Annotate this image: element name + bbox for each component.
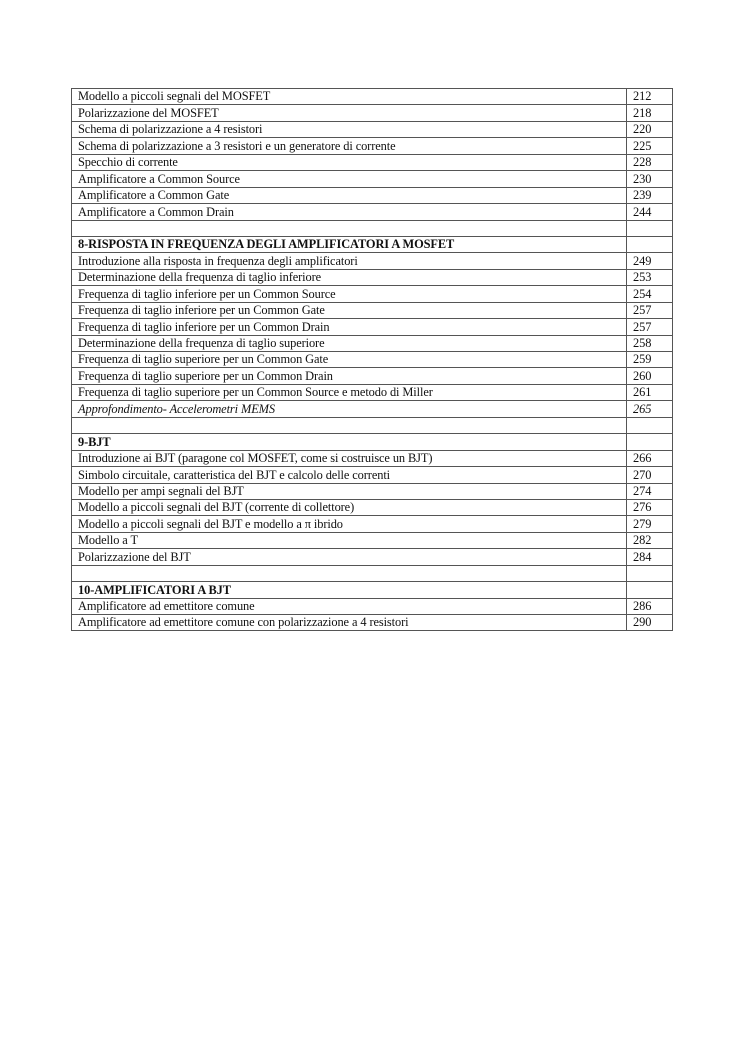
toc-entry-row: Amplificatore ad emettitore comune286 xyxy=(72,598,673,614)
page-number: 258 xyxy=(627,335,673,351)
page-number: 282 xyxy=(627,532,673,548)
entry-title: Polarizzazione del BJT xyxy=(72,549,627,565)
toc-entry-row: Frequenza di taglio superiore per un Com… xyxy=(72,368,673,384)
toc-entry-row: Determinazione della frequenza di taglio… xyxy=(72,335,673,351)
page-number: 276 xyxy=(627,499,673,515)
entry-title: Schema di polarizzazione a 3 resistori e… xyxy=(72,138,627,154)
entry-title: 9-BJT xyxy=(72,434,627,450)
page-number: 260 xyxy=(627,368,673,384)
chapter-heading-row: 8-RISPOSTA IN FREQUENZA DEGLI AMPLIFICAT… xyxy=(72,236,673,252)
toc-entry-row: Amplificatore a Common Source230 xyxy=(72,171,673,187)
page-number: 266 xyxy=(627,450,673,466)
entry-title: Amplificatore a Common Source xyxy=(72,171,627,187)
entry-title: Modello a piccoli segnali del BJT e mode… xyxy=(72,516,627,532)
page-number: 253 xyxy=(627,269,673,285)
toc-entry-row: Schema di polarizzazione a 4 resistori22… xyxy=(72,121,673,137)
entry-title xyxy=(72,220,627,236)
entry-title: Modello a T xyxy=(72,532,627,548)
entry-title: Amplificatore a Common Gate xyxy=(72,187,627,203)
page-number: 284 xyxy=(627,549,673,565)
page-number: 279 xyxy=(627,516,673,532)
spacer-row xyxy=(72,565,673,581)
page-number: 244 xyxy=(627,204,673,220)
toc-entry-row: Modello a T282 xyxy=(72,532,673,548)
table-of-contents: Modello a piccoli segnali del MOSFET212P… xyxy=(71,88,673,631)
page-number: 261 xyxy=(627,384,673,400)
page-number: 274 xyxy=(627,483,673,499)
toc-entry-row: Simbolo circuitale, caratteristica del B… xyxy=(72,467,673,483)
toc-entry-row: Specchio di corrente228 xyxy=(72,154,673,170)
page-number: 239 xyxy=(627,187,673,203)
toc-entry-row: Frequenza di taglio inferiore per un Com… xyxy=(72,286,673,302)
page-number xyxy=(627,434,673,450)
entry-title: Amplificatore ad emettitore comune xyxy=(72,598,627,614)
entry-title: Determinazione della frequenza di taglio… xyxy=(72,269,627,285)
toc-entry-row: Amplificatore a Common Gate239 xyxy=(72,187,673,203)
spacer-row xyxy=(72,417,673,433)
page-number: 254 xyxy=(627,286,673,302)
entry-title xyxy=(72,417,627,433)
chapter-heading-row: 9-BJT xyxy=(72,434,673,450)
entry-title: Modello a piccoli segnali del MOSFET xyxy=(72,89,627,105)
entry-title: Modello a piccoli segnali del BJT (corre… xyxy=(72,499,627,515)
entry-title: Frequenza di taglio superiore per un Com… xyxy=(72,352,627,368)
page-number: 286 xyxy=(627,598,673,614)
entry-title: Simbolo circuitale, caratteristica del B… xyxy=(72,467,627,483)
entry-title: Amplificatore a Common Drain xyxy=(72,204,627,220)
toc-entry-row: Frequenza di taglio superiore per un Com… xyxy=(72,384,673,400)
toc-entry-row: Amplificatore ad emettitore comune con p… xyxy=(72,615,673,631)
entry-title: Amplificatore ad emettitore comune con p… xyxy=(72,615,627,631)
toc-entry-row: Polarizzazione del BJT284 xyxy=(72,549,673,565)
spacer-row xyxy=(72,220,673,236)
toc-entry-row: Modello per ampi segnali del BJT274 xyxy=(72,483,673,499)
page-number xyxy=(627,582,673,598)
watermark-text: stampatopressoOfficinadelce xyxy=(648,641,672,920)
entry-title: Specchio di corrente xyxy=(72,154,627,170)
page-number: 270 xyxy=(627,467,673,483)
entry-title: Frequenza di taglio superiore per un Com… xyxy=(72,384,627,400)
toc-entry-row: Approfondimento- Accelerometri MEMS265 xyxy=(72,401,673,417)
page-number: 225 xyxy=(627,138,673,154)
page-number: 290 xyxy=(627,615,673,631)
page-number: 249 xyxy=(627,253,673,269)
chapter-heading-row: 10-AMPLIFICATORI A BJT xyxy=(72,582,673,598)
entry-title: 8-RISPOSTA IN FREQUENZA DEGLI AMPLIFICAT… xyxy=(72,236,627,252)
entry-title: 10-AMPLIFICATORI A BJT xyxy=(72,582,627,598)
page-number xyxy=(627,417,673,433)
entry-title: Introduzione ai BJT (paragone col MOSFET… xyxy=(72,450,627,466)
entry-title: Introduzione alla risposta in frequenza … xyxy=(72,253,627,269)
entry-title: Frequenza di taglio inferiore per un Com… xyxy=(72,302,627,318)
entry-title: Frequenza di taglio inferiore per un Com… xyxy=(72,319,627,335)
entry-title: Polarizzazione del MOSFET xyxy=(72,105,627,121)
page-number xyxy=(627,565,673,581)
page-number: 228 xyxy=(627,154,673,170)
page-number: 257 xyxy=(627,302,673,318)
entry-title: Approfondimento- Accelerometri MEMS xyxy=(72,401,627,417)
page-number: 257 xyxy=(627,319,673,335)
page-number: 212 xyxy=(627,89,673,105)
page-number: 218 xyxy=(627,105,673,121)
page-number: 265 xyxy=(627,401,673,417)
toc-entry-row: Modello a piccoli segnali del BJT (corre… xyxy=(72,499,673,515)
entry-title: Frequenza di taglio superiore per un Com… xyxy=(72,368,627,384)
toc-entry-row: Frequenza di taglio inferiore per un Com… xyxy=(72,319,673,335)
toc-entry-row: Amplificatore a Common Drain244 xyxy=(72,204,673,220)
entry-title xyxy=(72,565,627,581)
entry-title: Determinazione della frequenza di taglio… xyxy=(72,335,627,351)
page-number: 259 xyxy=(627,352,673,368)
toc-entry-row: Polarizzazione del MOSFET218 xyxy=(72,105,673,121)
toc-entry-row: Introduzione alla risposta in frequenza … xyxy=(72,253,673,269)
toc-entry-row: Schema di polarizzazione a 3 resistori e… xyxy=(72,138,673,154)
toc-entry-row: Modello a piccoli segnali del BJT e mode… xyxy=(72,516,673,532)
entry-title: Modello per ampi segnali del BJT xyxy=(72,483,627,499)
page-number xyxy=(627,220,673,236)
entry-title: Schema di polarizzazione a 4 resistori xyxy=(72,121,627,137)
toc-entry-row: Frequenza di taglio inferiore per un Com… xyxy=(72,302,673,318)
page-number: 230 xyxy=(627,171,673,187)
toc-entry-row: Determinazione della frequenza di taglio… xyxy=(72,269,673,285)
toc-entry-row: Modello a piccoli segnali del MOSFET212 xyxy=(72,89,673,105)
toc-entry-row: Introduzione ai BJT (paragone col MOSFET… xyxy=(72,450,673,466)
toc-entry-row: Frequenza di taglio superiore per un Com… xyxy=(72,352,673,368)
entry-title: Frequenza di taglio inferiore per un Com… xyxy=(72,286,627,302)
page-number: 220 xyxy=(627,121,673,137)
page-number xyxy=(627,236,673,252)
